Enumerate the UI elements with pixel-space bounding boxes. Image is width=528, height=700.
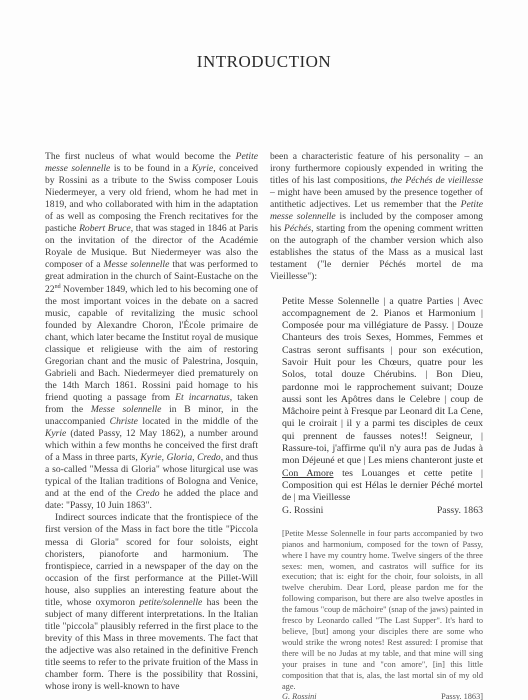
text: The first nucleus of what would become t… — [45, 151, 236, 162]
italic-title: Credo — [197, 452, 221, 463]
italic-title: Robert Bruce — [79, 223, 131, 234]
right-column: been a characteristic feature of his per… — [270, 151, 483, 700]
italic-title: Péchés — [284, 223, 311, 234]
text: Indirect sources indicate that the front… — [45, 512, 258, 607]
signature: G. Rossini — [282, 505, 323, 517]
quote-signature-line: G. Rossini Passy. 1863 — [282, 505, 483, 517]
italic-title: Messe solennelle — [103, 259, 169, 270]
paragraph-2: Indirect sources indicate that the front… — [45, 512, 258, 693]
italic-title: Kyrie — [45, 428, 66, 439]
paragraph-3: been a characteristic feature of his per… — [270, 151, 483, 284]
italic-title: Credo — [136, 488, 160, 499]
italic-title: Gloria — [167, 452, 193, 463]
text: is to be found in a — [110, 163, 192, 174]
text: Petite Messe Solennelle | a quatre Parti… — [282, 296, 483, 467]
italic-title: Et incarnatus — [175, 392, 230, 403]
text: November 1849, which led to his becoming… — [45, 284, 258, 403]
left-column: The first nucleus of what would become t… — [45, 151, 258, 693]
text: located in the middle of the — [138, 416, 258, 427]
place-date: Passy. 1863 — [437, 505, 483, 517]
text: – might have been amused by the presence… — [270, 187, 483, 210]
text: has been the subject of many different i… — [45, 597, 258, 692]
italic-title: Messe solennelle — [91, 404, 162, 415]
translation-signature-line: G. Rossini Passy. 1863] — [282, 692, 483, 700]
italic-title: Kyrie — [140, 452, 161, 463]
paragraph-1: The first nucleus of what would become t… — [45, 151, 258, 512]
block-quote-translation: [Petite Messe Solennelle in four parts a… — [282, 529, 483, 693]
italic-title: the Péchés de vieillesse — [390, 175, 483, 186]
page-title: INTRODUCTION — [0, 52, 528, 72]
block-quote-french: Petite Messe Solennelle | a quatre Parti… — [282, 296, 483, 505]
signature: G. Rossini — [282, 692, 317, 700]
place-date: Passy. 1863] — [441, 692, 483, 700]
italic-title: Kyrie — [192, 163, 213, 174]
underlined-text: Con Amore — [282, 468, 334, 479]
italic-title: Christe — [110, 416, 138, 427]
italic-term: petite/solennelle — [139, 597, 202, 608]
